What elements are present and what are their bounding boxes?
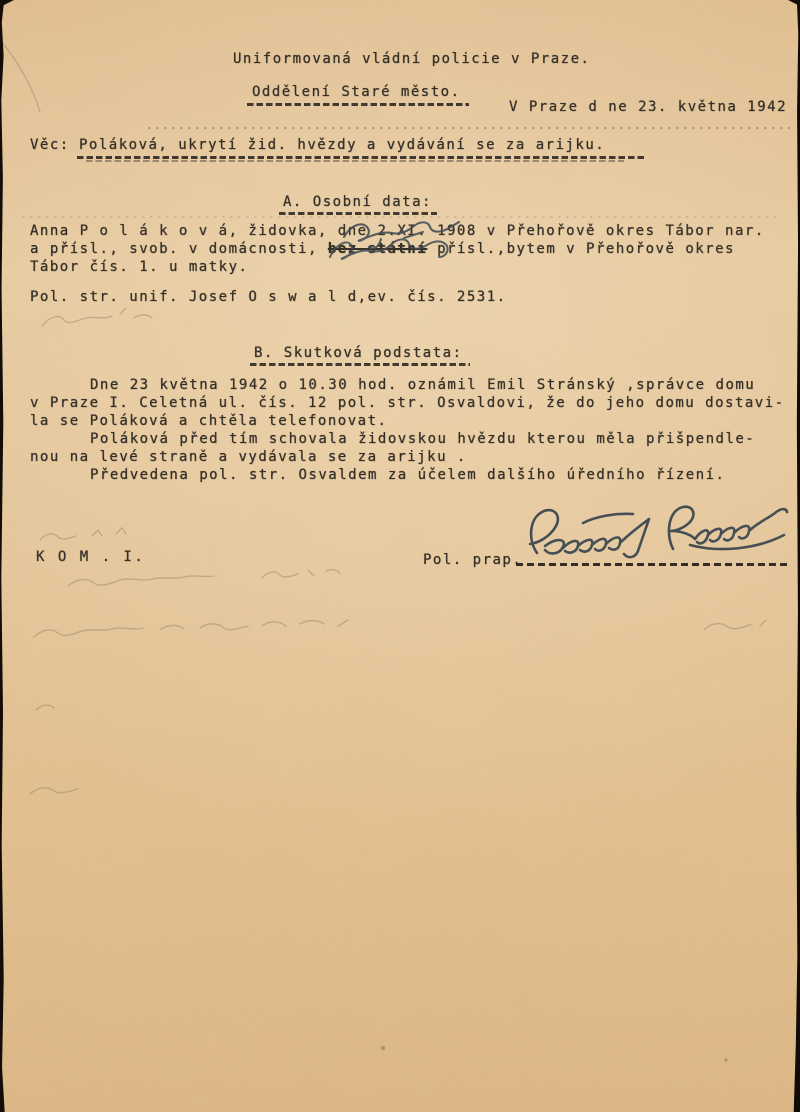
kom-designation: K O M . I. — [36, 549, 145, 566]
report-line-4: Poláková před tím schovala židovskou hvě… — [30, 431, 755, 448]
signature-handwriting — [530, 507, 787, 557]
section-a-underline — [279, 212, 437, 215]
subject-text: Poláková, ukrytí žid. hvězdy a vydávání … — [79, 137, 605, 154]
org-title: Uniformovaná vládní policie v Praze. — [233, 51, 590, 68]
report-line-5: nou na levé straně a vydávala se za arij… — [30, 449, 467, 466]
line-2-post: přísl.,bytem v Přehořově okres — [427, 241, 735, 257]
date-line: V Praze d ne 23. května 1942 — [509, 99, 787, 116]
subject-underline-2 — [86, 160, 624, 162]
report-line-3: la se Poláková a chtěla telefonovat. — [30, 413, 387, 430]
scan-corner-top-right — [788, 0, 800, 6]
personal-data-line-3: Tábor čís. 1. u matky. — [30, 259, 248, 276]
section-a-heading: A. Osobní data: — [283, 194, 432, 211]
signature-rank-label: Pol. prap. — [423, 552, 522, 569]
subject-underline — [77, 156, 645, 159]
section-b-heading: B. Skutková podstata: — [254, 345, 463, 362]
department-underline — [247, 103, 469, 106]
scan-edge-left — [0, 0, 6, 1112]
bleed-through-dots — [148, 127, 790, 129]
report-line-1: Dne 23 května 1942 o 10.30 hod. oznámil … — [30, 377, 755, 394]
report-line-6: Předvedena pol. str. Osvaldem za účelem … — [30, 467, 725, 484]
officer-line: Pol. str. unif. Josef O s w a l d,ev. čí… — [30, 289, 507, 306]
personal-data-line-2: a přísl., svob. v domácnosti, bez státní… — [30, 241, 735, 258]
signature-dashed-line — [516, 563, 788, 566]
scan-corner-top-left — [0, 0, 14, 7]
department-line: Oddělení Staré město. — [252, 84, 461, 101]
report-line-2: v Praze I. Celetná ul. čís. 12 pol. str.… — [30, 395, 785, 412]
line-2-pre: a přísl., svob. v domácnosti, — [30, 241, 328, 257]
struck-text: bez státní — [328, 241, 427, 257]
section-b-underline — [250, 363, 470, 366]
personal-data-line-1: Anna P o l á k o v á, židovka, dne 2.XI.… — [30, 223, 765, 240]
subject-label: Věc: — [30, 137, 70, 154]
bleed-through-dots — [22, 216, 782, 218]
scanned-document-page: Uniformovaná vládní policie v Praze. Odd… — [0, 0, 800, 1112]
scan-edge-right — [793, 0, 800, 1112]
